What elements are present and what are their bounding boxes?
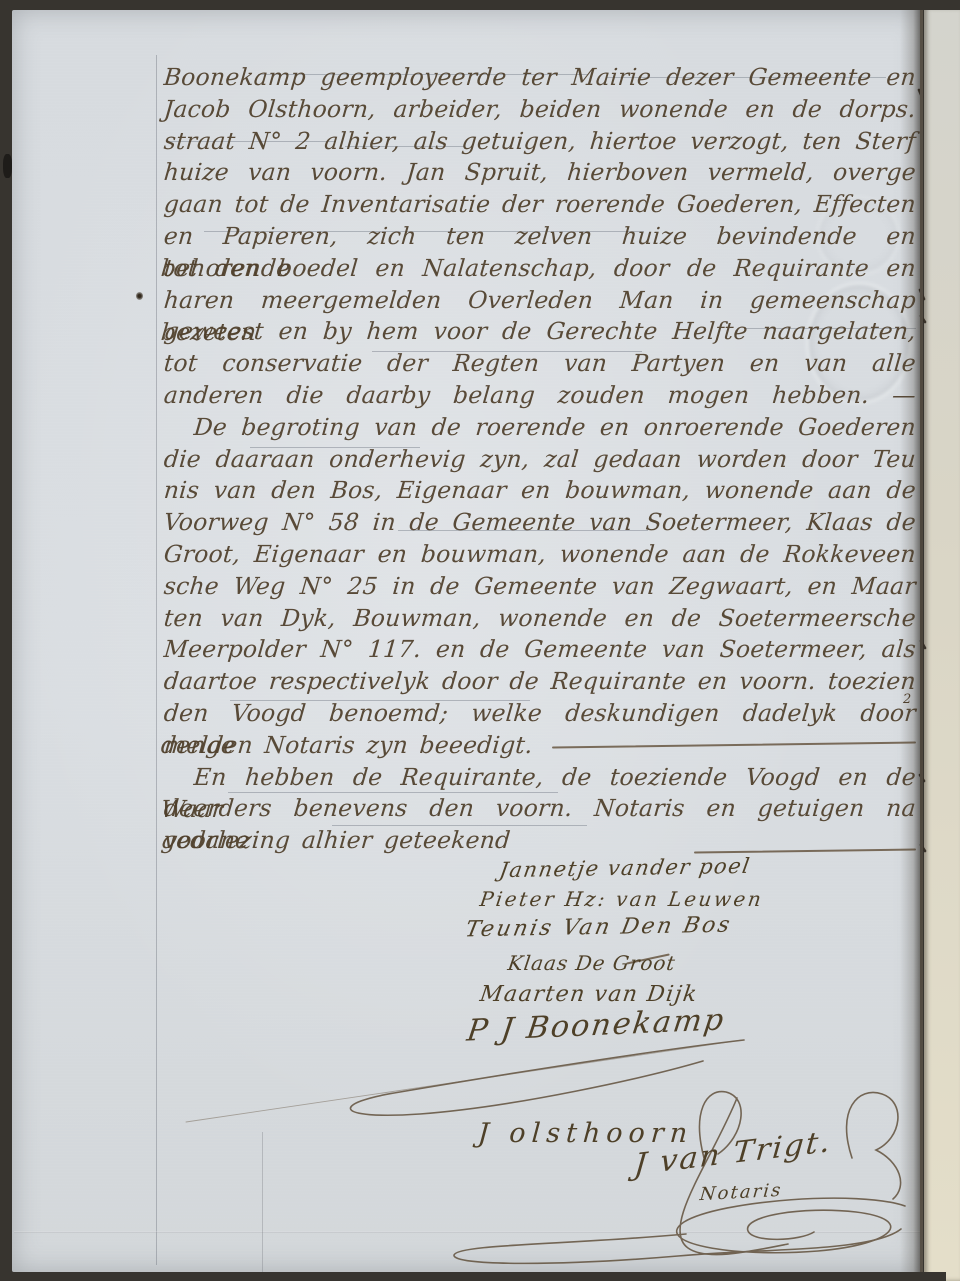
paper-edge-notch: [3, 154, 12, 178]
signature-pieter-van-leuwen: Pieter Hz: van Leuwen: [478, 887, 765, 911]
manuscript-line: tot conservatie der Regten van Partyen e…: [162, 348, 917, 380]
ink-blot: [136, 292, 143, 300]
manuscript-line: ten van Dyk, Bouwman, wonende en de Soet…: [162, 603, 917, 635]
manuscript-line: Jacob Olsthoorn, arbeider, beiden wonend…: [162, 94, 917, 126]
adjacent-page-edge: [924, 8, 960, 1281]
manuscript-line: huize van voorn. Jan Spruit, hierboven v…: [162, 157, 917, 189]
manuscript-line: daartoe respectivelyk door de Requirante…: [162, 666, 917, 698]
manuscript-line: En hebben de Requirante, de toeziende Vo…: [162, 762, 917, 794]
signature-notaris-title: Notaris: [699, 1180, 783, 1205]
manuscript-line: anderen die daarby belang zouden mogen h…: [162, 380, 917, 412]
manuscript-line: nis van den Bos, Eigenaar en bouwman, wo…: [162, 475, 917, 507]
manuscript-line: sche Weg N° 25 in de Gemeente van Zegwaa…: [162, 571, 917, 603]
signature-jannetje-vander-poel: Jannetje vander poel: [498, 854, 753, 882]
signature-teunis-van-den-bos: Teunis Van Den Bos: [463, 913, 734, 943]
manuscript-line: Voorweg N° 58 in de Gemeente van Soeterm…: [162, 507, 917, 539]
manuscript-line: Boonekamp geemployeerde ter Mairie dezer…: [162, 62, 917, 94]
manuscript-line: Groot, Eigenaar en bouwman, wonende aan …: [162, 539, 917, 571]
manuscript-line: Meerpolder N° 117. en de Gemeente van So…: [162, 634, 917, 666]
manuscript-line: gaan tot de Inventarisatie der roerende …: [162, 189, 917, 221]
scan-background-bottom: [0, 1272, 946, 1281]
manuscript-line: De begroting van de roerende en onroeren…: [162, 412, 917, 444]
scan-background-top: [0, 0, 960, 10]
manuscript-line: straat N° 2 alhier, als getuigen, hierto…: [162, 126, 917, 158]
scan-background-left: [0, 0, 12, 1281]
manuscript-line: den Voogd benoemd; welke deskundigen dad…: [162, 698, 917, 730]
manuscript-text-block: Boonekamp geemployeerde ter Mairie dezer…: [163, 62, 915, 857]
paper-crease-horizontal: [14, 1231, 920, 1233]
manuscript-line: tot den boedel en Nalatenschap, door de …: [162, 253, 917, 285]
signature-maarten-van-dijk: Maarten van Dijk: [478, 982, 699, 1007]
manuscript-line: melden Notaris zyn beeedigt.: [162, 730, 917, 762]
paper-crease-vertical: [262, 1132, 263, 1272]
page-edge-line: [920, 8, 923, 1274]
manuscript-line: deerders benevens den voorn. Notaris en …: [162, 793, 917, 825]
manuscript-line: geweest en by hem voor de Gerechte Helft…: [162, 316, 917, 348]
signature-klaas-de-groot: Klaas De Groot: [506, 951, 677, 975]
manuscript-line: voorlezing alhier geteekend: [162, 825, 917, 857]
margin-rule-line: [156, 55, 157, 1265]
manuscript-line: en Papieren, zich ten zelven huize bevin…: [162, 221, 917, 253]
manuscript-line: haren meergemelden Overleden Man in geme…: [162, 285, 917, 317]
manuscript-line: die daaraan onderhevig zyn, zal gedaan w…: [162, 444, 917, 476]
